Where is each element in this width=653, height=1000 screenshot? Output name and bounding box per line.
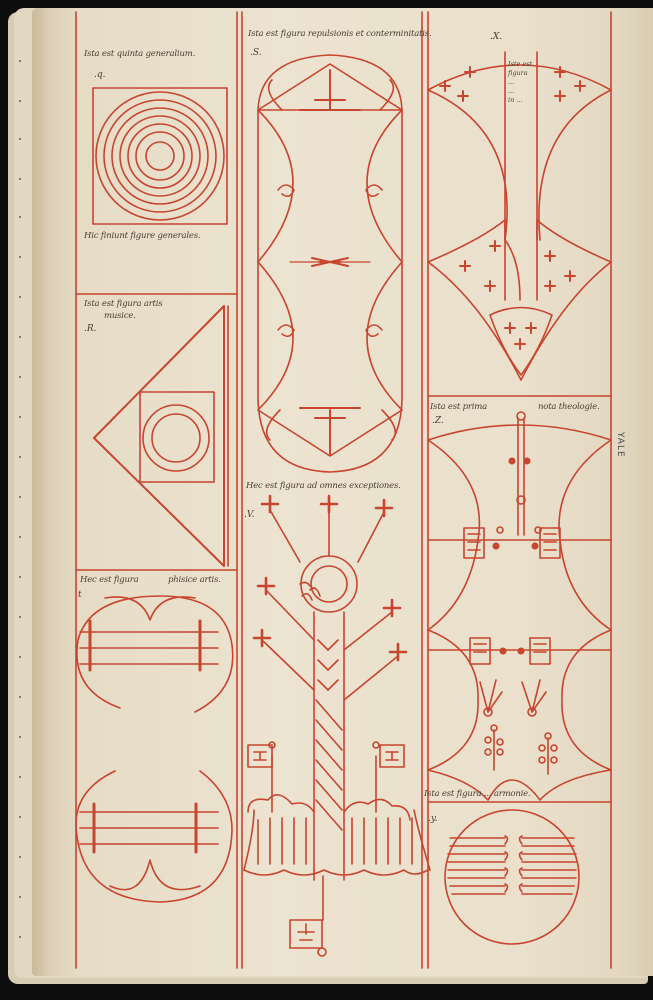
panel-letter-s: .S. bbox=[250, 48, 262, 58]
figure-concentric-circles bbox=[93, 88, 227, 224]
caption-finiunt-generales: Hic finiunt figure generales. bbox=[84, 232, 200, 241]
figure-physics-hearts bbox=[76, 596, 233, 902]
yale-shelfmark: YALE bbox=[615, 432, 625, 458]
figure-repulsion bbox=[258, 55, 402, 472]
caption-repulsionis: Ista est figura repulsionis et contermin… bbox=[248, 30, 431, 39]
caption-prima: Ista est prima bbox=[430, 403, 487, 412]
panel-letter-x: .X. bbox=[490, 32, 502, 42]
theology-dots bbox=[493, 458, 539, 655]
caption-nota-theologie: nota theologie. bbox=[538, 403, 600, 412]
panel-letter-z: .Z. bbox=[432, 416, 444, 426]
caption-omnes-exceptiones: Hec est figura ad omnes exceptiones. bbox=[246, 482, 401, 491]
figure-harmony-circle bbox=[445, 810, 579, 944]
panel-letter-v: .V. bbox=[244, 510, 255, 520]
figure-triangle-music bbox=[94, 306, 228, 566]
shield-inner-text: Iste est figura ... ... in ... bbox=[508, 60, 552, 105]
panel-letter-y: .y. bbox=[428, 814, 438, 824]
panel-letter-r: .R. bbox=[84, 324, 97, 334]
caption-artis-musice-line2: musice. bbox=[104, 312, 136, 321]
caption-phisice-artis: phisice artis. bbox=[168, 576, 221, 585]
caption-armonie: Ista est figura ... armonie. bbox=[424, 790, 530, 799]
caption-hec-est-figura: Hec est figura bbox=[80, 576, 139, 585]
panel-letter-q: .q. bbox=[94, 70, 105, 80]
caption-quinta-generalium: Ista est quinta generalium. bbox=[84, 50, 195, 59]
figure-theology bbox=[428, 412, 611, 800]
manuscript-viewer: Ista est quinta generalium. .q. Hic fini… bbox=[0, 0, 653, 1000]
figure-tree-exceptions bbox=[244, 496, 430, 956]
caption-artis-musice: Ista est figura artis bbox=[84, 300, 162, 309]
ink-drawings bbox=[0, 0, 653, 1000]
panel-letter-t: t bbox=[78, 590, 82, 600]
